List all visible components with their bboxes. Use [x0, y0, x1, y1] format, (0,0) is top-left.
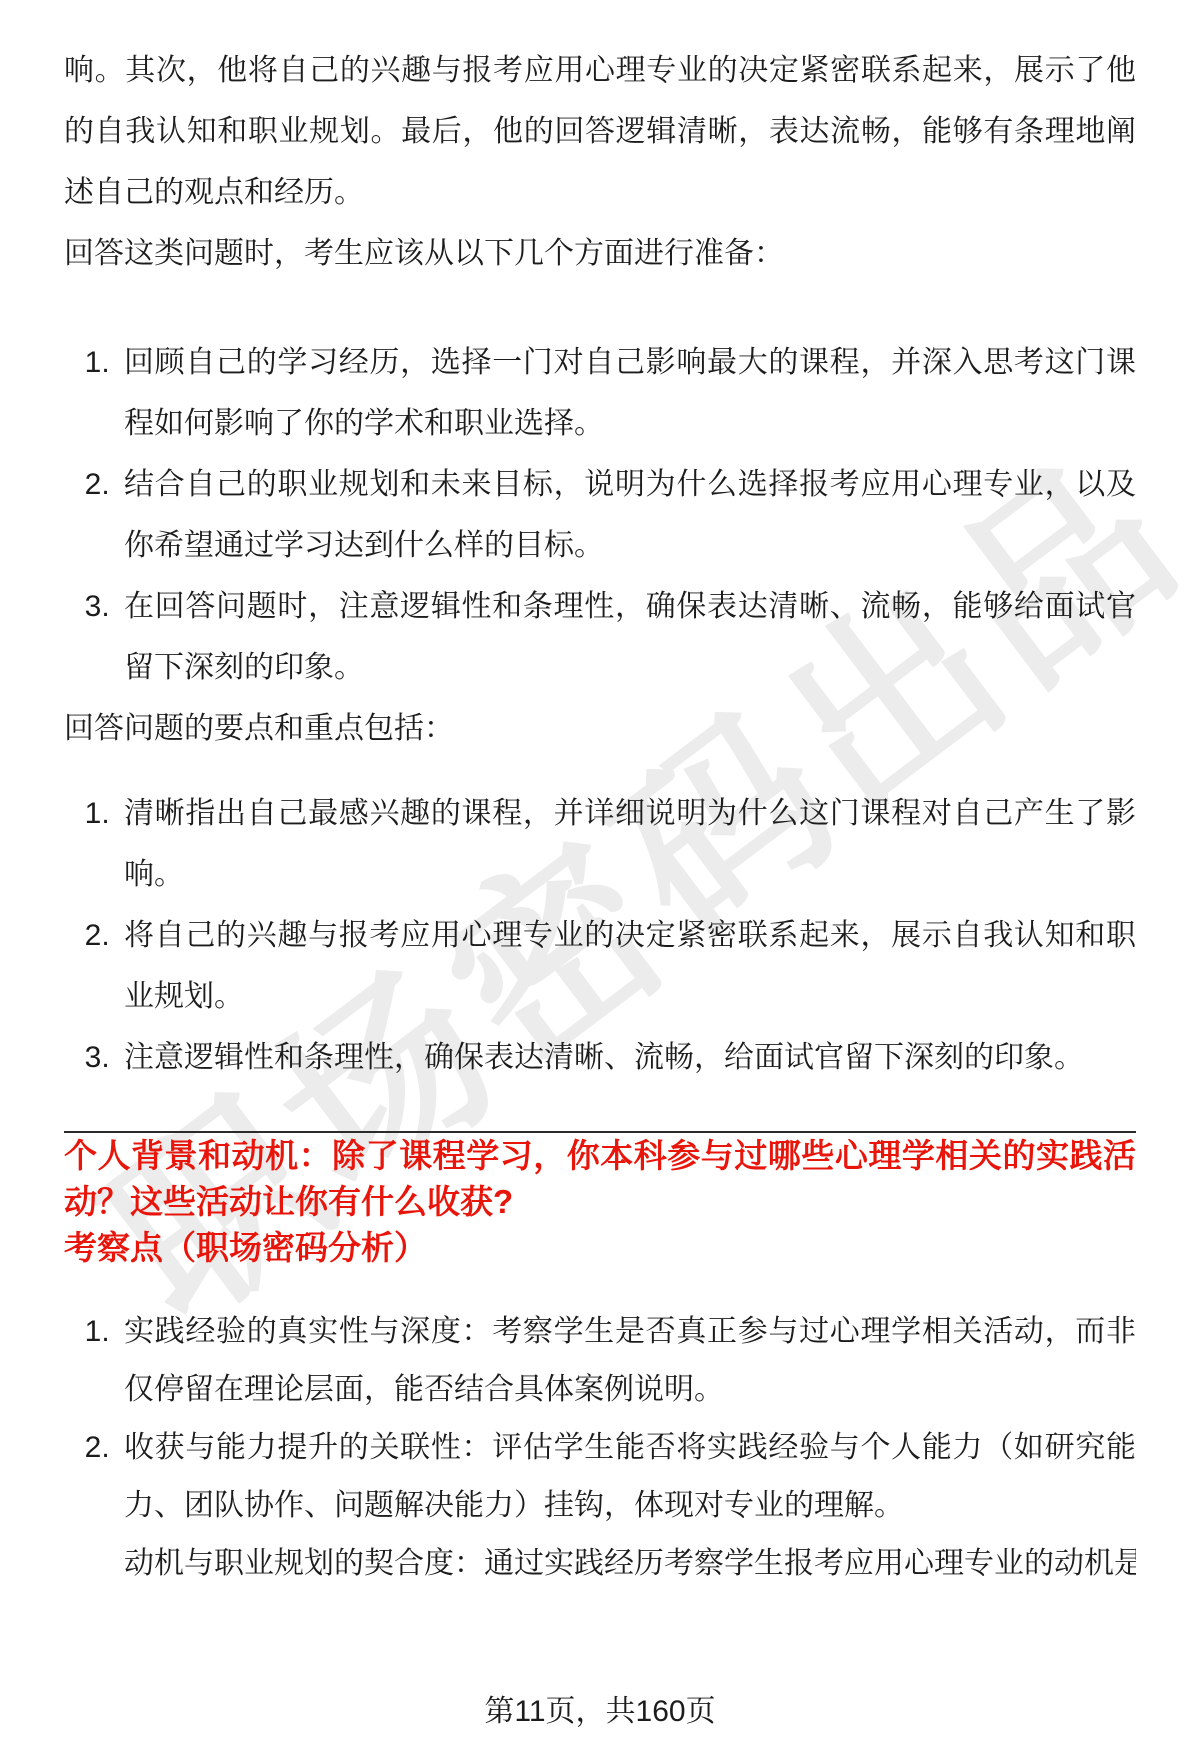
document-page: 职场密码出品 响。其次，他将自己的兴趣与报考应用心理专业的决定紧密联系起来，展示… [0, 0, 1200, 1755]
list-item: 注意逻辑性和条理性，确保表达清晰、流畅，给面试官留下深刻的印象。 [118, 1027, 1136, 1088]
list-item: 清晰指出自己最感兴趣的课程，并详细说明为什么这门课程对自己产生了影响。 [118, 783, 1136, 905]
analysis-heading: 考察点（职场密码分析） [64, 1225, 1136, 1271]
list-item: 动机与职业规划的契合度：通过实践经历考察学生报考应用心理专业的动机是 [118, 1535, 1136, 1593]
analysis-points-list: 实践经验的真实性与深度：考察学生是否真正参与过心理学相关活动，而非仅停留在理论层… [64, 1303, 1136, 1593]
list-item: 收获与能力提升的关联性：评估学生能否将实践经验与个人能力（如研究能力、团队协作、… [118, 1419, 1136, 1535]
list-item: 结合自己的职业规划和未来目标，说明为什么选择报考应用心理专业，以及你希望通过学习… [118, 454, 1136, 576]
list-item: 回顾自己的学习经历，选择一门对自己影响最大的课程，并深入思考这门课程如何影响了你… [118, 332, 1136, 454]
list-item: 在回答问题时，注意逻辑性和条理性，确保表达清晰、流畅，能够给面试官留下深刻的印象… [118, 576, 1136, 698]
page-footer: 第11页，共160页 [0, 1693, 1200, 1731]
page-content: 响。其次，他将自己的兴趣与报考应用心理专业的决定紧密联系起来，展示了他的自我认知… [0, 0, 1200, 1593]
points-intro-paragraph: 回答问题的要点和重点包括： [64, 698, 1136, 759]
answer-feedback-paragraph: 响。其次，他将自己的兴趣与报考应用心理专业的决定紧密联系起来，展示了他的自我认知… [64, 40, 1136, 223]
question-heading: 个人背景和动机：除了课程学习，你本科参与过哪些心理学相关的实践活动？这些活动让你… [64, 1133, 1136, 1225]
answer-points-list: 清晰指出自己最感兴趣的课程，并详细说明为什么这门课程对自己产生了影响。 将自己的… [64, 783, 1136, 1088]
prep-steps-list: 回顾自己的学习经历，选择一门对自己影响最大的课程，并深入思考这门课程如何影响了你… [64, 332, 1136, 698]
list-item: 将自己的兴趣与报考应用心理专业的决定紧密联系起来，展示自我认知和职业规划。 [118, 905, 1136, 1027]
prep-intro-paragraph: 回答这类问题时，考生应该从以下几个方面进行准备： [64, 223, 1136, 284]
list-item: 实践经验的真实性与深度：考察学生是否真正参与过心理学相关活动，而非仅停留在理论层… [118, 1303, 1136, 1419]
